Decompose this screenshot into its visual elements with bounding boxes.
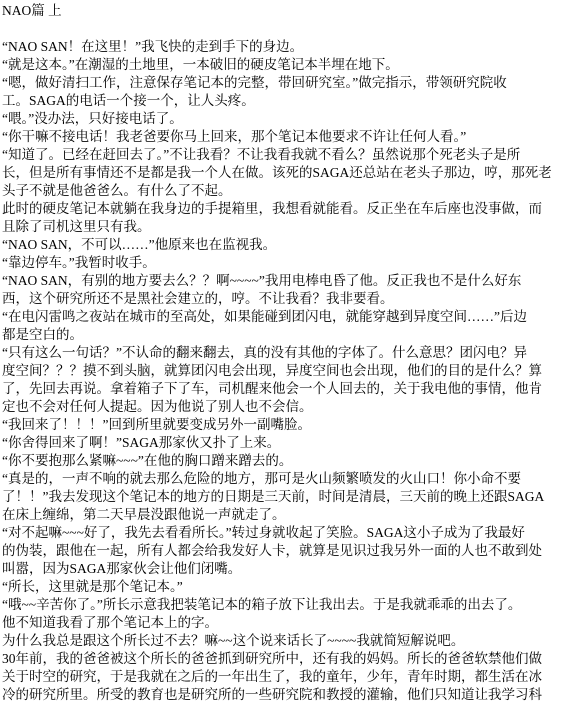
text-line: 30年前，我的爸爸被这个所长的爸爸抓到研究所中，还有我的妈妈。所长的爸爸软禁他们… xyxy=(2,650,574,668)
text-line: 西，这个研究所还不是黑社会建立的，哼。不让我看？我非要看。 xyxy=(2,290,574,308)
text-line: “NAO SAN！在这里！”我飞快的走到手下的身边。 xyxy=(2,38,574,56)
text-line: 长，但是所有事情还不是都是我一个人在做。该死的SAGA还总站在老头子那边，哼，那… xyxy=(2,164,574,182)
text-line: “喂。”没办法，只好接电话了。 xyxy=(2,110,574,128)
text-line: 叫嚣，因为SAGA那家伙会让他们闭嘴。 xyxy=(2,560,574,578)
text-line: 且除了司机这里只有我。 xyxy=(2,218,574,236)
text-line: “真是的，一声不响的就去那么危险的地方，那可是火山频繁喷发的火山口！你小命不要 xyxy=(2,470,574,488)
text-line: “你干嘛不接电话！我老爸要你马上回来，那个笔记本他要求不许让任何人看。” xyxy=(2,128,574,146)
text-line: 在床上缠绵，第二天早晨没跟他说一声就走了。 xyxy=(2,506,574,524)
text-line: “知道了。已经在赶回去了。”不让我看？不让我看我就不看么？虽然说那个死老头子是所 xyxy=(2,146,574,164)
text-line: 了！！”我去发现这个笔记本的地方的日期是三天前，时间是清晨，三天前的晚上还跟SA… xyxy=(2,488,574,506)
text-line: 度空间？？？摸不到头脑，就算团闪电会出现，异度空间也会出现，他们的目的是什么？算 xyxy=(2,362,574,380)
document-page: NAO篇 上 “NAO SAN！在这里！”我飞快的走到手下的身边。 “就是这本。… xyxy=(0,0,574,701)
text-line: 工。SAGA的电话一个接一个，让人头疼。 xyxy=(2,92,574,110)
text-line: “哦~~辛苦你了。”所长示意我把装笔记本的箱子放下让我出去。于是我就乖乖的出去了… xyxy=(2,596,574,614)
text-line: “我回来了！！！”回到所里就要变成另外一副嘴脸。 xyxy=(2,416,574,434)
text-line: 定也不会对任何人提起。因为他说了别人也不会信。 xyxy=(2,398,574,416)
text-line: 为什么我总是跟这个所长过不去？嘛~~这个说来话长了~~~~我就简短解说吧。 xyxy=(2,632,574,650)
text-line: “靠边停车。”我暂时收手。 xyxy=(2,254,574,272)
text-line: 冷的研究所里。所受的教育也是研究所的一些研究院和教授的灌输，他们只知道让我学习科 xyxy=(2,686,574,701)
page-title: NAO篇 上 xyxy=(2,2,574,20)
text-line: 的伪装，跟他在一起，所有人都会给我发好人卡，就算是见识过我另外一面的人也不敢到处 xyxy=(2,542,574,560)
text-line: “NAO SAN，不可以……”他原来也在监视我。 xyxy=(2,236,574,254)
text-line: “所长，这里就是那个笔记本。” xyxy=(2,578,574,596)
text-line: “就是这本。”在潮湿的土地里，一本破旧的硬皮笔记本半埋在地下。 xyxy=(2,56,574,74)
text-line: 他不知道我看了那个笔记本上的字。 xyxy=(2,614,574,632)
text-line: 了，先回去再说。拿着箱子下了车，司机醒来他会一个人回去的，关于我电他的事情，他肯 xyxy=(2,380,574,398)
text-line: “对不起嘛~~~好了，我先去看看所长。”转过身就收起了笑脸。SAGA这小子成为了… xyxy=(2,524,574,542)
text-line: 此时的硬皮笔记本就躺在我身边的手提箱里，我想看就能看。反正坐在车后座也没事做，而 xyxy=(2,200,574,218)
text-line: “NAO SAN，有别的地方要去么？？啊~~~~”我用电棒电昏了他。反正我也不是… xyxy=(2,272,574,290)
text-line: “你舍得回来了啊！”SAGA那家伙又扑了上来。 xyxy=(2,434,574,452)
text-line: “只有这么一句话？”不认命的翻来翻去，真的没有其他的字体了。什么意思？团闪电？异 xyxy=(2,344,574,362)
text-line: 头子不就是他爸爸么。有什么了不起。 xyxy=(2,182,574,200)
text-line: 关于时空的研究，于是我就在之后的一年出生了，我的童年，少年，青年时期，都生活在冰 xyxy=(2,668,574,686)
text-line: “在电闪雷鸣之夜站在城市的至高处，如果能碰到团闪电，就能穿越到异度空间……”后边 xyxy=(2,308,574,326)
text-line: 都是空白的。 xyxy=(2,326,574,344)
text-line: “嗯，做好清扫工作，注意保存笔记本的完整，带回研究室。”做完指示，带领研究院收 xyxy=(2,74,574,92)
text-line: “你不要抱那么紧嘛~~~”在他的胸口蹭来蹭去的。 xyxy=(2,452,574,470)
blank-line xyxy=(2,20,574,38)
